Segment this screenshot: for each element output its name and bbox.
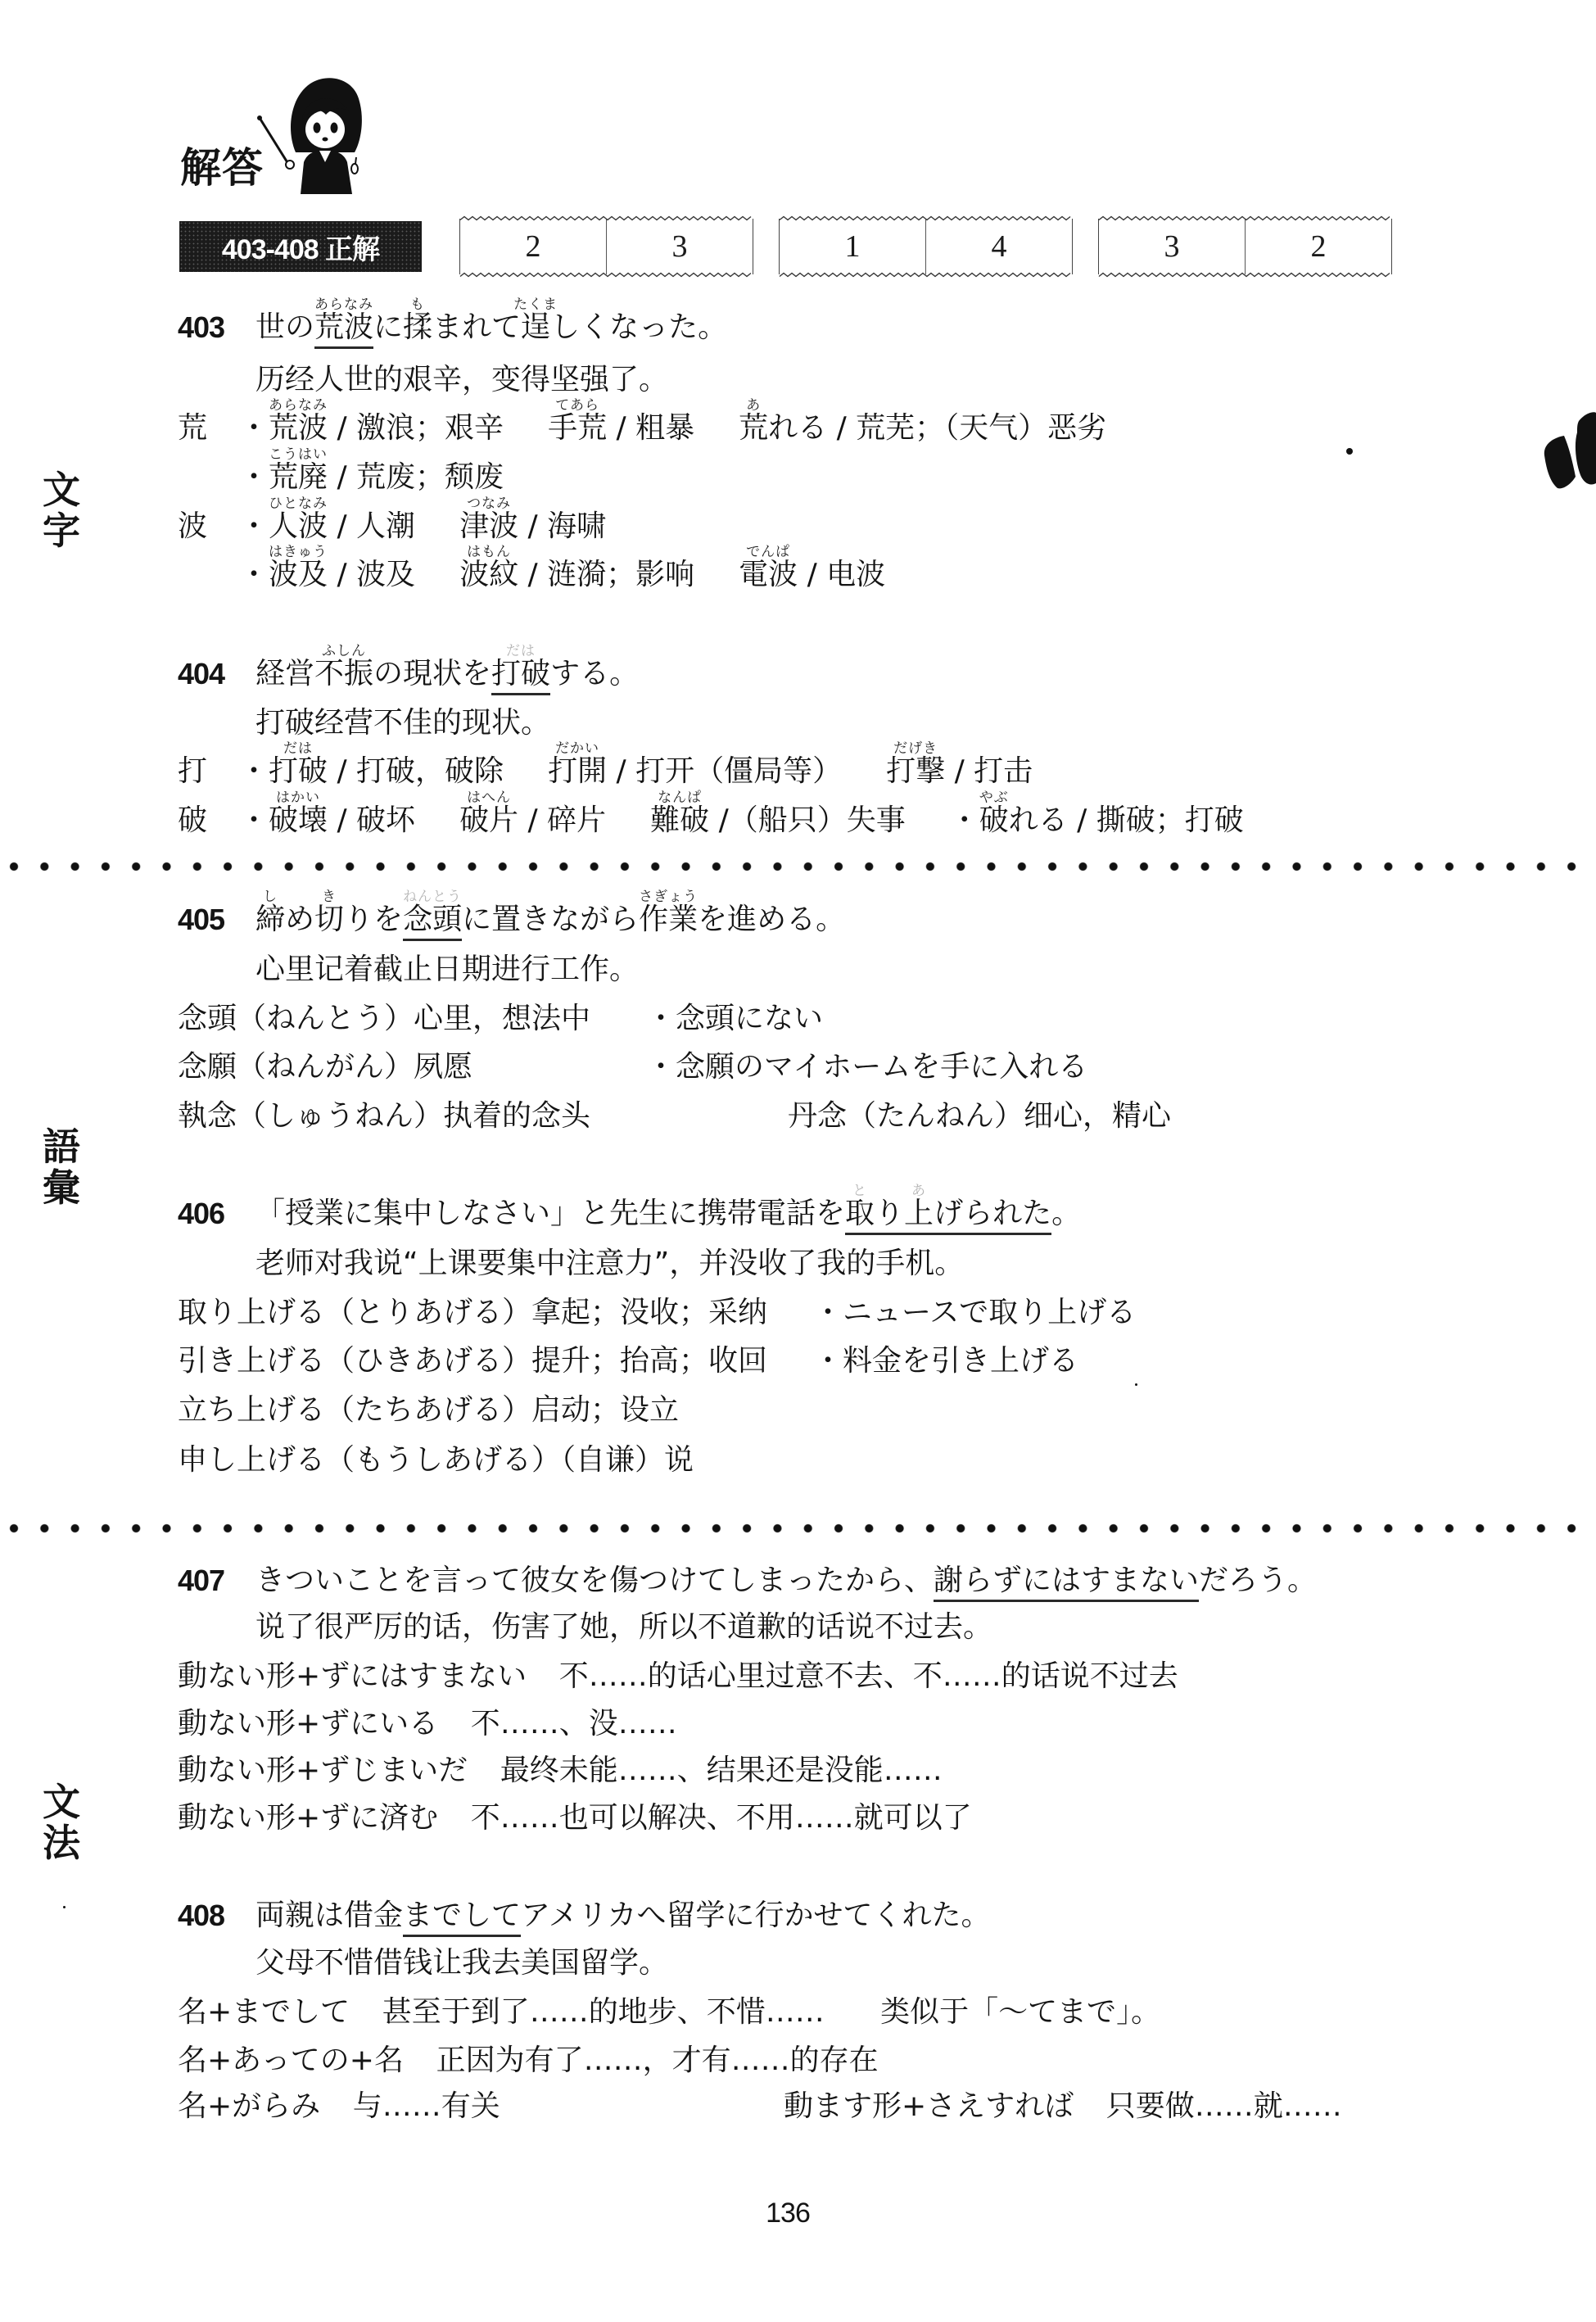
answer-range-badge: 403-408 正解 — [179, 221, 422, 272]
text-run: 。 — [1051, 1197, 1081, 1230]
grammar-meaning: 与……有关 — [353, 2089, 500, 2123]
vocab-example: ・料金を引き上げる — [813, 1347, 1078, 1376]
text-run: までして — [403, 1899, 521, 1932]
vocab-item: 荒あれる / 荒芜；（天气）恶劣 — [739, 411, 1106, 445]
text-run: れる / 荒芜；（天气）恶劣 — [768, 411, 1106, 445]
ruby-word: 荒あ — [739, 414, 768, 443]
translation: 说了很严厉的话，伤害了她，所以不道歉的话说不过去。 — [255, 1613, 992, 1642]
furigana: てあら — [555, 399, 599, 413]
underlined-target: までして — [403, 1899, 521, 1937]
vocab-kanji-label: 破 — [178, 806, 207, 835]
underlined-target: 謝らずにはすまない — [934, 1564, 1199, 1602]
ruby-base: 打撃 — [886, 754, 945, 788]
answer-group-405-406: 1 4 — [779, 219, 1073, 274]
text-run: / 激浪；艰辛 — [328, 411, 504, 445]
grammar-pattern: 名+がらみ — [178, 2089, 320, 2123]
ruby-base: 打開 — [548, 754, 607, 788]
ruby-base: 波紋 — [459, 558, 518, 591]
section-label-goi: 語彙 — [41, 1126, 82, 1208]
section-divider-dotted — [8, 861, 1576, 872]
text-run: / 电波 — [798, 558, 885, 591]
text-run: / 人潮 — [328, 509, 415, 543]
furigana: さぎょう — [639, 890, 698, 904]
text-run: 「授業に集中しなさい」と先生に携帯電話を — [255, 1197, 845, 1230]
text-run: する。 — [550, 657, 639, 690]
ruby-base: 打破 — [269, 754, 328, 788]
vocab-kanji-label: 荒 — [178, 414, 207, 443]
ruby-word: 切き — [314, 905, 344, 935]
ruby-base: 手荒 — [548, 411, 607, 445]
answer-408: 2 — [1245, 219, 1391, 274]
furigana: はきゅう — [269, 545, 328, 559]
ruby-base: 荒 — [739, 411, 768, 445]
answer-406: 4 — [925, 219, 1072, 274]
vocab-item: 手荒てあら / 粗暴 — [548, 411, 694, 445]
ruby-word: 打破だは — [491, 659, 550, 689]
ruby-base: 破 — [979, 803, 1009, 837]
vocab-line: ・波及はきゅう / 波及波紋はもん / 涟漪；影响電波でんぱ / 电波 — [239, 560, 885, 590]
answer-group-403-404: 2 3 — [459, 219, 753, 274]
furigana: はもん — [467, 545, 511, 559]
translation: 老师对我说“上课要集中注意力”，并没收了我的手机。 — [255, 1249, 964, 1279]
vocab-item: ・打破だは / 打破，破除 — [239, 754, 504, 788]
ruby-base: 締 — [255, 903, 285, 936]
ruby-word: 難破なんぱ — [650, 806, 709, 835]
text-run: を進める。 — [698, 903, 845, 936]
vocab-example: ・念頭にない — [646, 1004, 823, 1034]
text-run: ・ — [239, 803, 269, 837]
text-run: まれて — [432, 310, 521, 344]
translation: 父母不惜借钱让我去美国留学。 — [255, 1949, 668, 1978]
text-run: りを — [344, 903, 403, 936]
text-run: だろう。 — [1199, 1564, 1317, 1597]
text-run: / 碎片 — [518, 803, 606, 837]
underlined-target: 念頭ねんとう — [403, 903, 462, 941]
vocab-term: 執念（しゅうねん）执着的念头 — [178, 1102, 590, 1131]
ruby-base: 津波 — [459, 509, 518, 543]
vocab-item: ・波及はきゅう / 波及 — [239, 558, 415, 591]
vocab-example: ・ニュースで取り上げる — [813, 1298, 1136, 1328]
ruby-word: 念頭ねんとう — [403, 905, 462, 935]
vocab-item: 破片はへん / 碎片 — [459, 803, 606, 837]
grammar-row: 名+あっての+名正因为有了……，才有……的存在 — [178, 2046, 879, 2075]
text-run: / 海啸 — [518, 509, 606, 543]
ruby-word: 打開だかい — [548, 757, 607, 786]
furigana: こうはい — [269, 448, 328, 462]
vocab-term: 丹念（たんねん）细心，精心 — [788, 1102, 1171, 1131]
furigana: あ — [911, 1184, 926, 1198]
grammar-pattern: 動ない形+ずに済む — [178, 1801, 438, 1835]
furigana: だは — [283, 742, 313, 756]
text-run: げられた — [934, 1197, 1051, 1230]
furigana: ふしん — [322, 645, 366, 659]
underlined-target: 取とり上あげられた — [845, 1197, 1051, 1235]
grammar-row: 名+までして甚至于到了……的地步、不惜……类似于「～てまで」。 — [178, 1998, 1160, 2027]
question-number: 403 — [178, 313, 224, 342]
furigana: だは — [506, 645, 536, 659]
text-run: / 打击 — [945, 754, 1033, 788]
ruby-base: 逞 — [521, 310, 550, 344]
zigzag-border-icon — [780, 272, 1072, 278]
zigzag-border-icon — [780, 215, 1072, 221]
grammar-pattern: 動ない形+ずにいる — [178, 1707, 438, 1740]
text-run: / 粗暴 — [607, 411, 694, 445]
ruby-word: 人波ひとなみ — [269, 512, 328, 541]
ruby-base: 破片 — [459, 803, 518, 837]
text-run: ・ — [239, 460, 269, 494]
translation: 心里记着截止日期进行工作。 — [255, 955, 639, 984]
ruby-word: 波及はきゅう — [269, 560, 328, 590]
grammar-row: 動ない形+ずに済む不……也可以解决、不用……就可以了 — [178, 1804, 972, 1833]
vocab-item: ・破やぶれる / 撕破；打破 — [950, 803, 1244, 837]
zigzag-border-icon — [1099, 272, 1391, 278]
section-divider-dotted — [8, 1523, 1596, 1534]
furigana: はかい — [276, 791, 320, 805]
underlined-target: 荒波あらなみ — [314, 310, 373, 349]
grammar-pattern: 名+までして — [178, 1995, 350, 2029]
vocab-example: ・念願のマイホームを手に入れる — [646, 1052, 1087, 1082]
zigzag-border-icon — [1099, 215, 1391, 221]
text-run: 謝らずにはすまない — [934, 1564, 1199, 1597]
vocab-term: 引き上げる（ひきあげる）提升；抬高；收回 — [178, 1347, 767, 1376]
ruby-word: 上あ — [904, 1199, 934, 1229]
grammar-meaning: 不……、没…… — [471, 1707, 677, 1740]
scan-speck — [1135, 1383, 1137, 1386]
answer-407: 3 — [1099, 219, 1245, 274]
text-run: / 打破，破除 — [328, 754, 504, 788]
vocab-item: 打撃だげき / 打击 — [886, 754, 1033, 788]
furigana: し — [263, 890, 278, 904]
text-run: れる / 撕破；打破 — [1009, 803, 1244, 837]
ruby-base: 上 — [904, 1197, 934, 1230]
grammar-meaning: 不……的话心里过意不去、不……的话说不过去 — [559, 1659, 1178, 1693]
ruby-word: 破壊はかい — [269, 806, 328, 835]
furigana: たくま — [513, 298, 558, 312]
text-run: ・ — [239, 754, 269, 788]
ruby-word: 作業さぎょう — [639, 905, 698, 935]
furigana: やぶ — [979, 791, 1009, 805]
question-sentence: きついことを言って彼女を傷つけてしまったから、謝らずにはすまないだろう。 — [255, 1566, 1317, 1596]
text-run: しくなった。 — [550, 310, 727, 344]
text-run: の現状を — [373, 657, 491, 690]
grammar-pattern: 名+あっての+名 — [178, 2044, 404, 2077]
answer-group-407-408: 3 2 — [1098, 219, 1392, 274]
grammar-meaning: 不……也可以解决、不用……就可以了 — [471, 1801, 972, 1835]
furigana: あらなみ — [314, 298, 373, 312]
text-run: 両親は借金 — [255, 1899, 403, 1932]
question-number: 408 — [178, 1901, 224, 1930]
section-label-bunpo: 文法 — [41, 1781, 82, 1863]
ruby-base: 人波 — [269, 509, 328, 543]
grammar-pattern: 動ます形+さえすれば — [784, 2089, 1074, 2123]
grammar-row: 動ない形+ずにはすまない不……的话心里过意不去、不……的话说不过去 — [178, 1662, 1178, 1691]
ruby-base: 電波 — [739, 558, 798, 591]
answer-403: 2 — [460, 219, 606, 274]
text-run: ・ — [239, 509, 269, 543]
question-sentence: 締しめ切きりを念頭ねんとうに置きながら作業さぎょうを進める。 — [255, 905, 845, 935]
ruby-word: 津波つなみ — [459, 512, 518, 541]
vocab-line: ・荒波あらなみ / 激浪；艰辛手荒てあら / 粗暴荒あれる / 荒芜；（天气）恶… — [239, 414, 1106, 443]
grammar-meaning: 甚至于到了……的地步、不惜…… — [382, 1995, 825, 2029]
text-run: アメリカへ留学に行かせてくれた。 — [521, 1899, 990, 1932]
ruby-word: 取と — [845, 1199, 875, 1229]
ruby-word: 破やぶ — [979, 806, 1009, 835]
text-run: め — [285, 903, 314, 936]
furigana: ねんとう — [403, 890, 462, 904]
furigana: あらなみ — [269, 399, 328, 413]
ruby-base: 切 — [314, 903, 344, 936]
zigzag-border-icon — [460, 215, 753, 221]
ruby-base: 不振 — [314, 657, 373, 690]
text-run: 世の — [255, 310, 314, 344]
question-number: 406 — [178, 1199, 224, 1229]
ruby-base: 取 — [845, 1197, 875, 1230]
grammar-pattern: 動ない形+ずじまいだ — [178, 1754, 468, 1787]
ruby-word: 不振ふしん — [314, 659, 373, 689]
scan-speck — [1346, 448, 1353, 455]
furigana: だげき — [893, 742, 938, 756]
grammar-row: 動ない形+ずじまいだ最终未能……、结果还是没能…… — [178, 1756, 943, 1786]
ruby-word: 電波でんぱ — [739, 560, 798, 590]
text-run: / 波及 — [328, 558, 415, 591]
furigana: だかい — [555, 742, 599, 756]
furigana: と — [852, 1184, 867, 1198]
question-number: 407 — [178, 1566, 224, 1596]
text-run: /（船只）失事 — [709, 803, 906, 837]
vocab-item: 難破なんぱ /（船只）失事 — [650, 803, 906, 837]
ruby-word: 破片はへん — [459, 806, 518, 835]
ruby-base: 荒廃 — [269, 460, 328, 494]
furigana: なんぱ — [658, 791, 702, 805]
question-sentence: 「授業に集中しなさい」と先生に携帯電話を取とり上あげられた。 — [255, 1199, 1081, 1229]
ruby-word: 波紋はもん — [459, 560, 518, 590]
ruby-base: 波及 — [269, 558, 328, 591]
text-run: ・ — [239, 558, 269, 591]
vocab-line: ・荒廃こうはい / 荒废；颓废 — [239, 463, 504, 492]
ruby-word: 締し — [255, 905, 285, 935]
text-run: / 荒废；颓废 — [328, 460, 504, 494]
furigana: も — [410, 298, 425, 312]
vocab-kanji-label: 波 — [178, 512, 207, 541]
ruby-base: 破壊 — [269, 803, 328, 837]
text-run: り — [875, 1197, 904, 1230]
zigzag-border-icon — [460, 272, 753, 278]
text-run: / 打开（僵局等） — [607, 754, 842, 788]
vocab-item: 打開だかい / 打开（僵局等） — [548, 754, 842, 788]
teacher-girl-illustration-icon — [250, 72, 368, 195]
ruby-word: 揉も — [403, 313, 432, 342]
vocab-line: ・破壊はかい / 破坏破片はへん / 碎片難破なんぱ /（船只）失事・破やぶれる… — [239, 806, 1244, 835]
vocab-term: 立ち上げる（たちあげる）启动；设立 — [178, 1396, 679, 1425]
ruby-base: 念頭 — [403, 903, 462, 936]
vocab-item: 電波でんぱ / 电波 — [739, 558, 885, 591]
vocab-item: ・荒廃こうはい / 荒废；颓废 — [239, 460, 504, 494]
textbook-page: 解答 403-408 正解 2 3 1 4 3 2 文字 語彙 文法 4 — [0, 0, 1596, 2322]
vocab-term: 念頭（ねんとう）心里，想法中 — [178, 1004, 590, 1034]
ruby-base: 荒波 — [269, 411, 328, 445]
vocab-kanji-label: 打 — [178, 757, 207, 786]
grammar-row: 動ます形+さえすれば只要做……就…… — [784, 2092, 1342, 2121]
ruby-base: 打破 — [491, 657, 550, 690]
ruby-word: 荒廃こうはい — [269, 463, 328, 492]
vocab-line: ・人波ひとなみ / 人潮津波つなみ / 海啸 — [239, 512, 606, 541]
text-run: 経営 — [255, 657, 314, 690]
vocab-item: 波紋はもん / 涟漪；影响 — [459, 558, 694, 591]
ruby-base: 作業 — [639, 903, 698, 936]
text-run: きついことを言って彼女を傷つけてしまったから、 — [255, 1564, 934, 1597]
ruby-word: 荒波あらなみ — [314, 313, 373, 342]
ruby-base: 揉 — [403, 310, 432, 344]
ruby-base: 荒波 — [314, 310, 373, 344]
grammar-pattern: 動ない形+ずにはすまない — [178, 1659, 527, 1693]
scan-speck — [63, 1906, 66, 1908]
question-sentence: 経営不振ふしんの現状を打破だはする。 — [255, 659, 639, 689]
page-number: 136 — [747, 2198, 829, 2229]
underlined-target: 打破だは — [491, 657, 550, 695]
furigana: ひとなみ — [269, 497, 328, 511]
answer-404: 3 — [606, 219, 753, 274]
vocab-term: 申し上げる（もうしあげる）（自谦）说 — [178, 1446, 694, 1475]
text-run: に — [373, 310, 403, 344]
vocab-item: ・人波ひとなみ / 人潮 — [239, 509, 415, 543]
grammar-meaning: 最终未能……、结果还是没能…… — [500, 1754, 943, 1787]
ruby-word: 打破だは — [269, 757, 328, 786]
vocab-item: ・破壊はかい / 破坏 — [239, 803, 415, 837]
scan-smudge-icon — [1539, 408, 1596, 496]
section-label-moji: 文字 — [41, 469, 82, 551]
vocab-term: 取り上げる（とりあげる）拿起；没收；采纳 — [178, 1298, 767, 1328]
vocab-line: ・打破だは / 打破，破除打開だかい / 打开（僵局等）打撃だげき / 打击 — [239, 757, 1033, 786]
question-sentence: 両親は借金までしてアメリカへ留学に行かせてくれた。 — [255, 1901, 991, 1930]
ruby-word: 荒波あらなみ — [269, 414, 328, 443]
text-run: / 破坏 — [328, 803, 415, 837]
ruby-word: 打撃だげき — [886, 757, 945, 786]
furigana: き — [322, 890, 337, 904]
text-run: に置きながら — [462, 903, 639, 936]
furigana: あ — [746, 399, 761, 413]
question-number: 405 — [178, 905, 224, 935]
vocab-term: 念願（ねんがん）夙愿 — [178, 1052, 472, 1082]
vocab-item: 津波つなみ / 海啸 — [459, 509, 606, 543]
furigana: はへん — [467, 791, 511, 805]
furigana: つなみ — [467, 497, 511, 511]
vocab-item: ・荒波あらなみ / 激浪；艰辛 — [239, 411, 504, 445]
grammar-meaning: 只要做……就…… — [1106, 2089, 1342, 2123]
grammar-meaning: 正因为有了……，才有……的存在 — [436, 2044, 879, 2077]
translation: 历经人世的艰辛，变得坚强了。 — [255, 365, 668, 395]
grammar-row: 動ない形+ずにいる不……、没…… — [178, 1709, 677, 1739]
grammar-row: 名+がらみ与……有关 — [178, 2092, 500, 2121]
grammar-note: 类似于「～てまで」。 — [880, 1995, 1160, 2029]
ruby-word: 手荒てあら — [548, 414, 607, 443]
translation: 打破经营不佳的现状。 — [255, 708, 550, 738]
question-number: 404 — [178, 659, 224, 689]
text-run: / 涟漪；影响 — [518, 558, 694, 591]
answer-405: 1 — [780, 219, 925, 274]
text-run: ・ — [239, 411, 269, 445]
furigana: でんぱ — [746, 545, 790, 559]
ruby-word: 逞たくま — [521, 313, 550, 342]
text-run: ・ — [950, 803, 979, 837]
ruby-base: 難破 — [650, 803, 709, 837]
question-sentence: 世の荒波あらなみに揉もまれて逞たくましくなった。 — [255, 313, 727, 342]
